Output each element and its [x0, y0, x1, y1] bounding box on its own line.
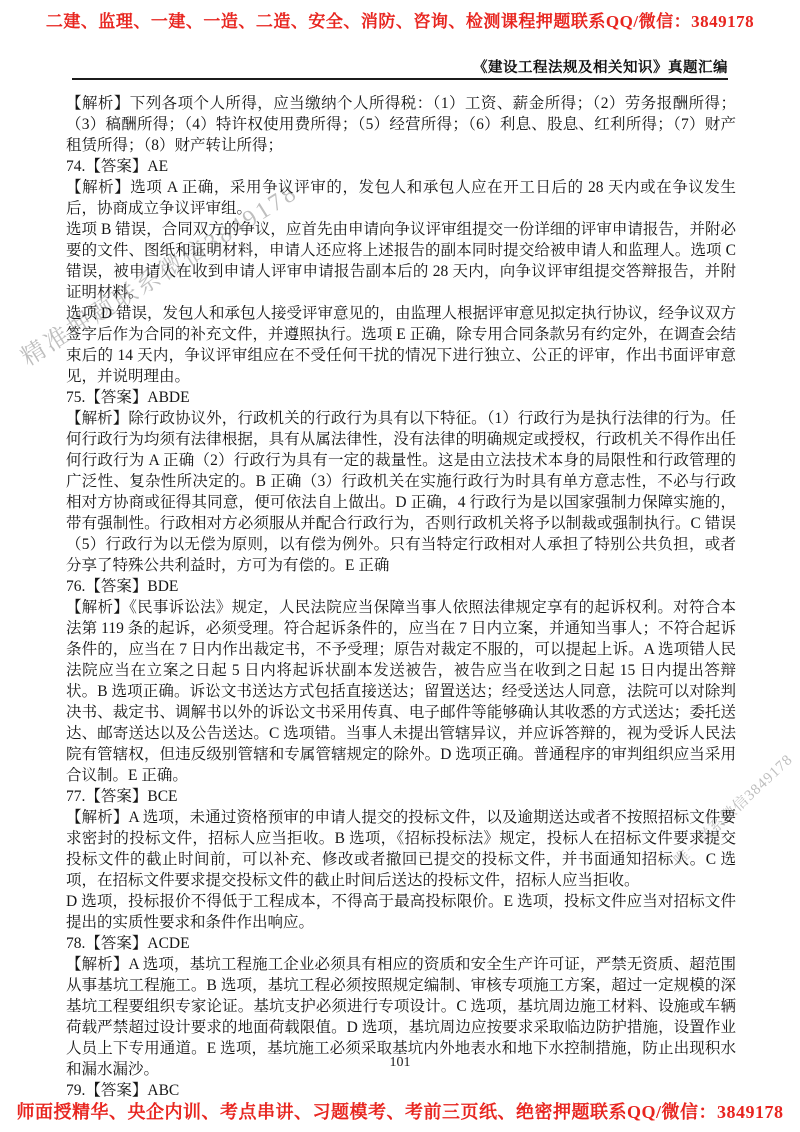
analysis-paragraph-74a: 【解析】选项 A 正确，采用争议评审的，发包人和承包人应在开工日后的 28 天内… — [66, 177, 736, 219]
answer-line-78: 78.【答案】ACDE — [66, 933, 736, 954]
analysis-paragraph-74b: 选项 B 错误，合同双方的争议，应首先由申请向争议评审组提交一份详细的评审申请报… — [66, 219, 736, 303]
analysis-paragraph-73: 【解析】下列各项个人所得，应当缴纳个人所得税：（1）工资、薪金所得；（2）劳务报… — [66, 93, 736, 156]
answer-line-75: 75.【答案】ABDE — [66, 387, 736, 408]
analysis-paragraph-77b: D 选项，投标报价不得低于工程成本，不得高于最高投标限价。E 选项，投标文件应当… — [66, 891, 736, 933]
document-page: 二建、监理、一建、一造、二造、安全、消防、咨询、检测课程押题联系QQ/微信：38… — [0, 0, 800, 1132]
answer-line-74: 74.【答案】AE — [66, 156, 736, 177]
page-number: 101 — [0, 1055, 800, 1071]
document-title: 《建设工程法规及相关知识》真题汇编 — [473, 56, 728, 77]
bottom-promo-banner: 师面授精华、央企内训、考点串讲、习题模考、考前三页纸、绝密押题联系QQ/微信：3… — [0, 1098, 800, 1124]
analysis-paragraph-77a: 【解析】A 选项，未通过资格预审的申请人提交的投标文件，以及逾期送达或者不按照招… — [66, 807, 736, 891]
answer-line-76: 76.【答案】BDE — [66, 576, 736, 597]
analysis-paragraph-74c: 选项 D 错误，发包人和承包人接受评审意见的，由监理人根据评审意见拟定执行协议，… — [66, 303, 736, 387]
header-divider — [72, 78, 728, 80]
analysis-paragraph-76: 【解析】《民事诉讼法》规定，人民法院应当保障当事人依照法律规定享有的起诉权利。对… — [66, 597, 736, 786]
top-promo-banner: 二建、监理、一建、一造、二造、安全、消防、咨询、检测课程押题联系QQ/微信：38… — [0, 7, 800, 32]
answer-explanations: 【解析】下列各项个人所得，应当缴纳个人所得税：（1）工资、薪金所得；（2）劳务报… — [66, 93, 736, 1101]
analysis-paragraph-75: 【解析】除行政协议外，行政机关的行政行为具有以下特征。（1）行政行为是执行法律的… — [66, 408, 736, 576]
answer-line-77: 77.【答案】BCE — [66, 786, 736, 807]
